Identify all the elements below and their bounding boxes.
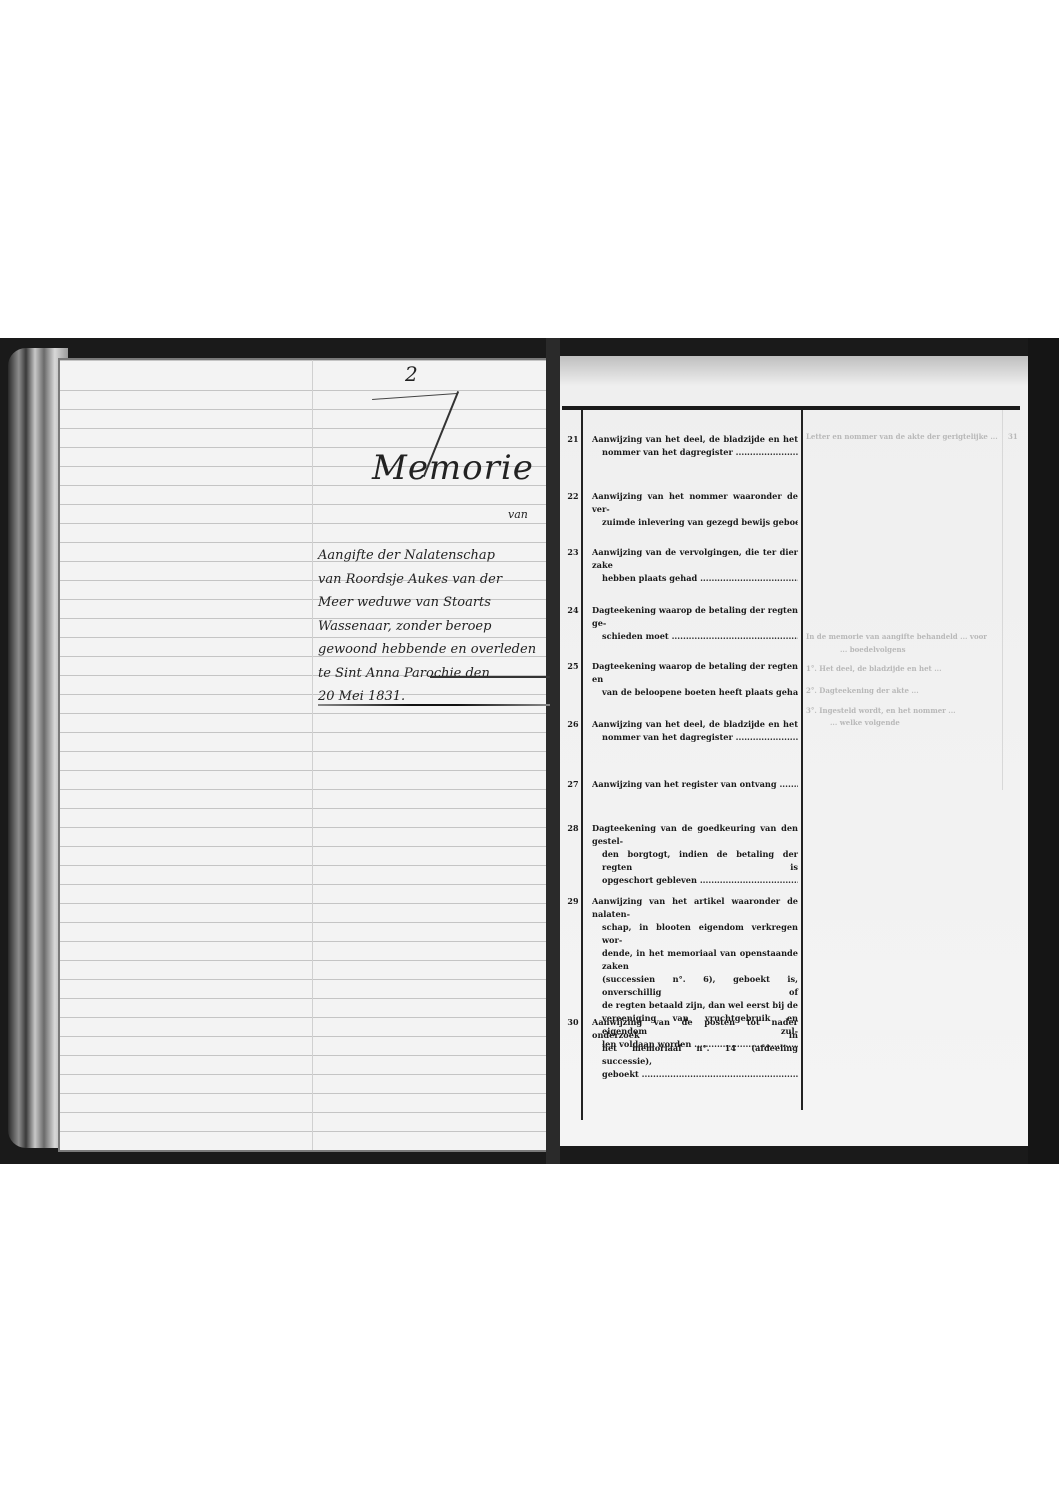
row-number: 24 [562,604,584,617]
row-text-line: Aanwijzing van de posten tot nader onder… [592,1016,798,1042]
bleed-through-line: 3°. Ingesteld wordt, en het nommer ... [806,706,956,715]
row-text-last-line: Aanwijzing van het register van ontvang … [592,778,798,791]
row-text-line: Aanwijzing van het deel, de bladzijde en… [592,433,798,446]
handwritten-line: Meer weduwe van Stoarts [318,591,553,615]
row-text-line: Aanwijzing van het artikel waaronder de … [592,895,798,921]
row-number: 22 [562,490,584,503]
row-text-last-line: nommer van het dagregister .............… [592,731,798,744]
row-number: 26 [562,718,584,731]
row-text-line: schap, in blooten eigendom verkregen wor… [592,921,798,947]
row-text-line: Aanwijzing van de vervolgingen, die ter … [592,546,798,572]
row-description: Aanwijzing van de vervolgingen, die ter … [592,546,798,585]
separator-rule [318,704,550,706]
row-number: 27 [562,778,584,791]
row-text-line: het memoriaal n°. 14 (afdeeling successi… [592,1042,798,1068]
bleed-through-line: Letter en nommer van de akte der gerigte… [806,432,998,441]
bleed-through-line: ... welke volgende [830,718,900,727]
row-text-last-line: schieden moet ..........................… [592,630,798,643]
row-description: Aanwijzing van het nommer waaronder de v… [592,490,798,529]
row-text-last-line: nommer van het dagregister .............… [592,446,798,459]
row-text-last-line: zuimde inlevering van gezegd bewijs gebo… [592,516,798,529]
row-number: 30 [562,1016,584,1029]
row-text-line: Dagteekening van de goedkeuring van den … [592,822,798,848]
row-text-line: Aanwijzing van het nommer waaronder de v… [592,490,798,516]
page-number: 2 [405,362,418,386]
faint-column-number: 31 [1008,432,1018,441]
row-text-line: dende, in het memoriaal van openstaande … [592,947,798,973]
row-number: 21 [562,433,584,446]
scan-right-edge [1028,338,1059,1164]
row-number: 25 [562,660,584,673]
handwritten-line: Wassenaar, zonder beroep [318,615,553,639]
text-column-rule [801,410,803,1110]
bleed-through-line: ... boedelvolgens [840,645,906,654]
row-description: Aanwijzing van de posten tot nader onder… [592,1016,798,1081]
row-description: Dagteekening waarop de betaling der regt… [592,604,798,643]
row-number: 23 [562,546,584,559]
row-text-line: Dagteekening waarop de betaling der regt… [592,660,798,686]
row-text-line: Aanwijzing van het deel, de bladzijde en… [592,718,798,731]
row-number: 29 [562,895,584,908]
margin-line [312,360,313,1150]
row-text-line: (successien n°. 6), geboekt is, onversch… [592,973,798,999]
handwritten-line: gewoond hebbende en overleden [318,638,553,662]
row-description: Dagteekening waarop de betaling der regt… [592,660,798,699]
document-title: Memorie [372,448,534,488]
row-description: Dagteekening van de goedkeuring van den … [592,822,798,887]
handwritten-line: Aangifte der Nalatenschap [318,544,553,568]
closing-rule [430,676,550,678]
bleed-through-line: 2°. Dagteekening der akte ... [806,686,919,695]
bleed-through-line: In de memorie van aangifte behandeld ...… [806,632,987,641]
handwritten-declaration: Aangifte der Nalatenschapvan Roordsje Au… [318,544,553,709]
row-text-last-line: hebben plaats gehad ....................… [592,572,798,585]
row-text-last-line: geboekt ................................… [592,1068,798,1081]
row-text-line: den borgtogt, indien de betaling der reg… [592,848,798,874]
row-text-last-line: van de beloopene boeten heeft plaats geh… [592,686,798,699]
row-text-last-line: opgeschort gebleven ....................… [592,874,798,887]
row-text-line: de regten betaald zijn, dan wel eerst bi… [592,999,798,1012]
row-description: Aanwijzing van het register van ontvang … [592,778,798,791]
handwritten-line: van Roordsje Aukes van der [318,568,553,592]
row-description: Aanwijzing van het deel, de bladzijde en… [592,433,798,459]
bleed-through-line: 1°. Het deel, de bladzijde en het ... [806,664,942,673]
book-gutter [546,338,560,1164]
table-top-rule [562,406,1020,410]
number-column-rule [581,410,583,1120]
row-number: 28 [562,822,584,835]
title-van: van [508,508,528,521]
handwritten-line: te Sint Anna Parochie den [318,662,553,686]
row-description: Aanwijzing van het deel, de bladzijde en… [592,718,798,744]
faint-column-rule [1002,410,1003,790]
row-text-line: Dagteekening waarop de betaling der regt… [592,604,798,630]
